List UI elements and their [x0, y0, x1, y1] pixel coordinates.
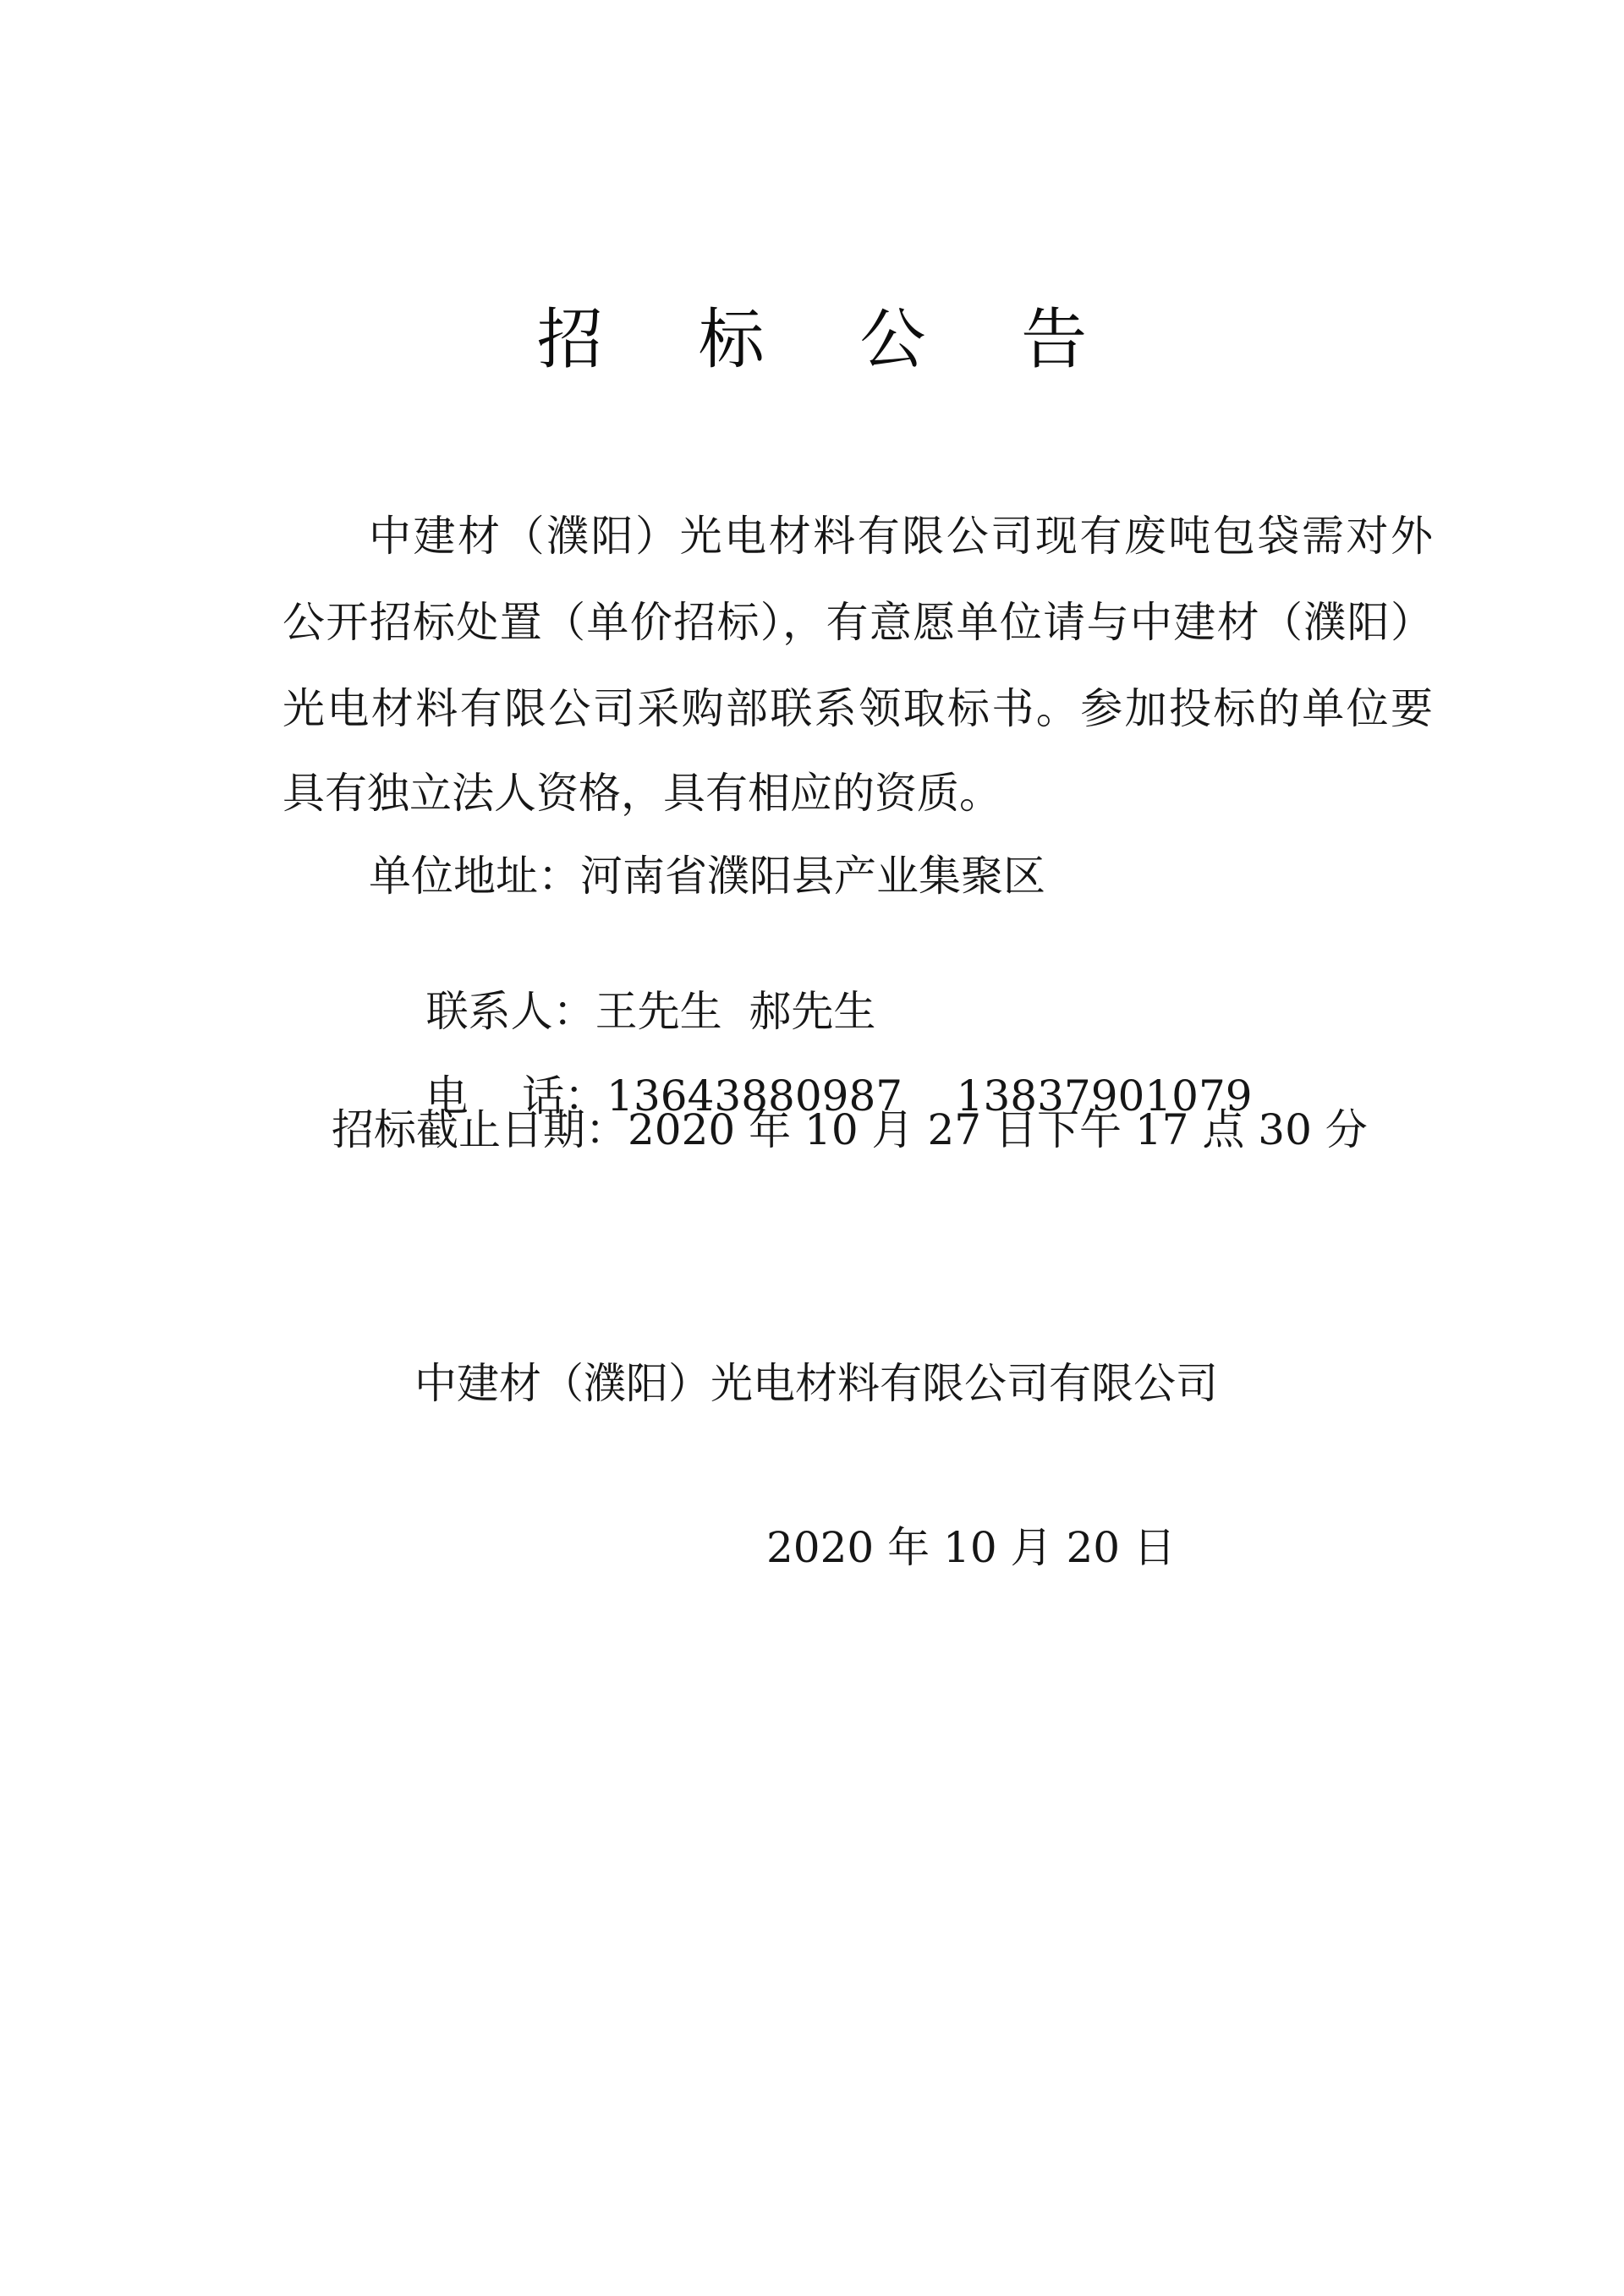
- signature-company: 中建材（濮阳）光电材料有限公司有限公司: [414, 1358, 1218, 1409]
- paragraph-line-2: 公开招标处置（单价招标），有意愿单位请与中建材（濮阳）: [283, 597, 1433, 648]
- document-page: 招 标 公 告 中建材（濮阳）光电材料有限公司现有废吨包袋需对外 公开招标处置（…: [0, 0, 1624, 2296]
- paragraph-line-1: 中建材（濮阳）光电材料有限公司现有废吨包袋需对外: [369, 511, 1433, 562]
- address-row: 单位地址：河南省濮阳县产业集聚区: [369, 851, 1045, 901]
- page-title: 招 标 公 告: [0, 298, 1624, 382]
- address-value: 河南省濮阳县产业集聚区: [580, 852, 1045, 901]
- paragraph-line-3: 光电材料有限公司采购部联系领取标书。参加投标的单位要: [283, 683, 1433, 734]
- deadline-value: 2020 年 10 月 27 日下午 17 点 30 分: [628, 1105, 1368, 1154]
- signature-date: 2020 年 10 月 20 日: [766, 1522, 1176, 1573]
- deadline-label: 招标截止日期：: [332, 1105, 628, 1154]
- paragraph-line-4: 具有独立法人资格，具有相应的资质。: [283, 768, 1001, 819]
- deadline-row: 招标截止日期：2020 年 10 月 27 日下午 17 点 30 分: [332, 1104, 1368, 1155]
- address-label: 单位地址：: [369, 852, 580, 901]
